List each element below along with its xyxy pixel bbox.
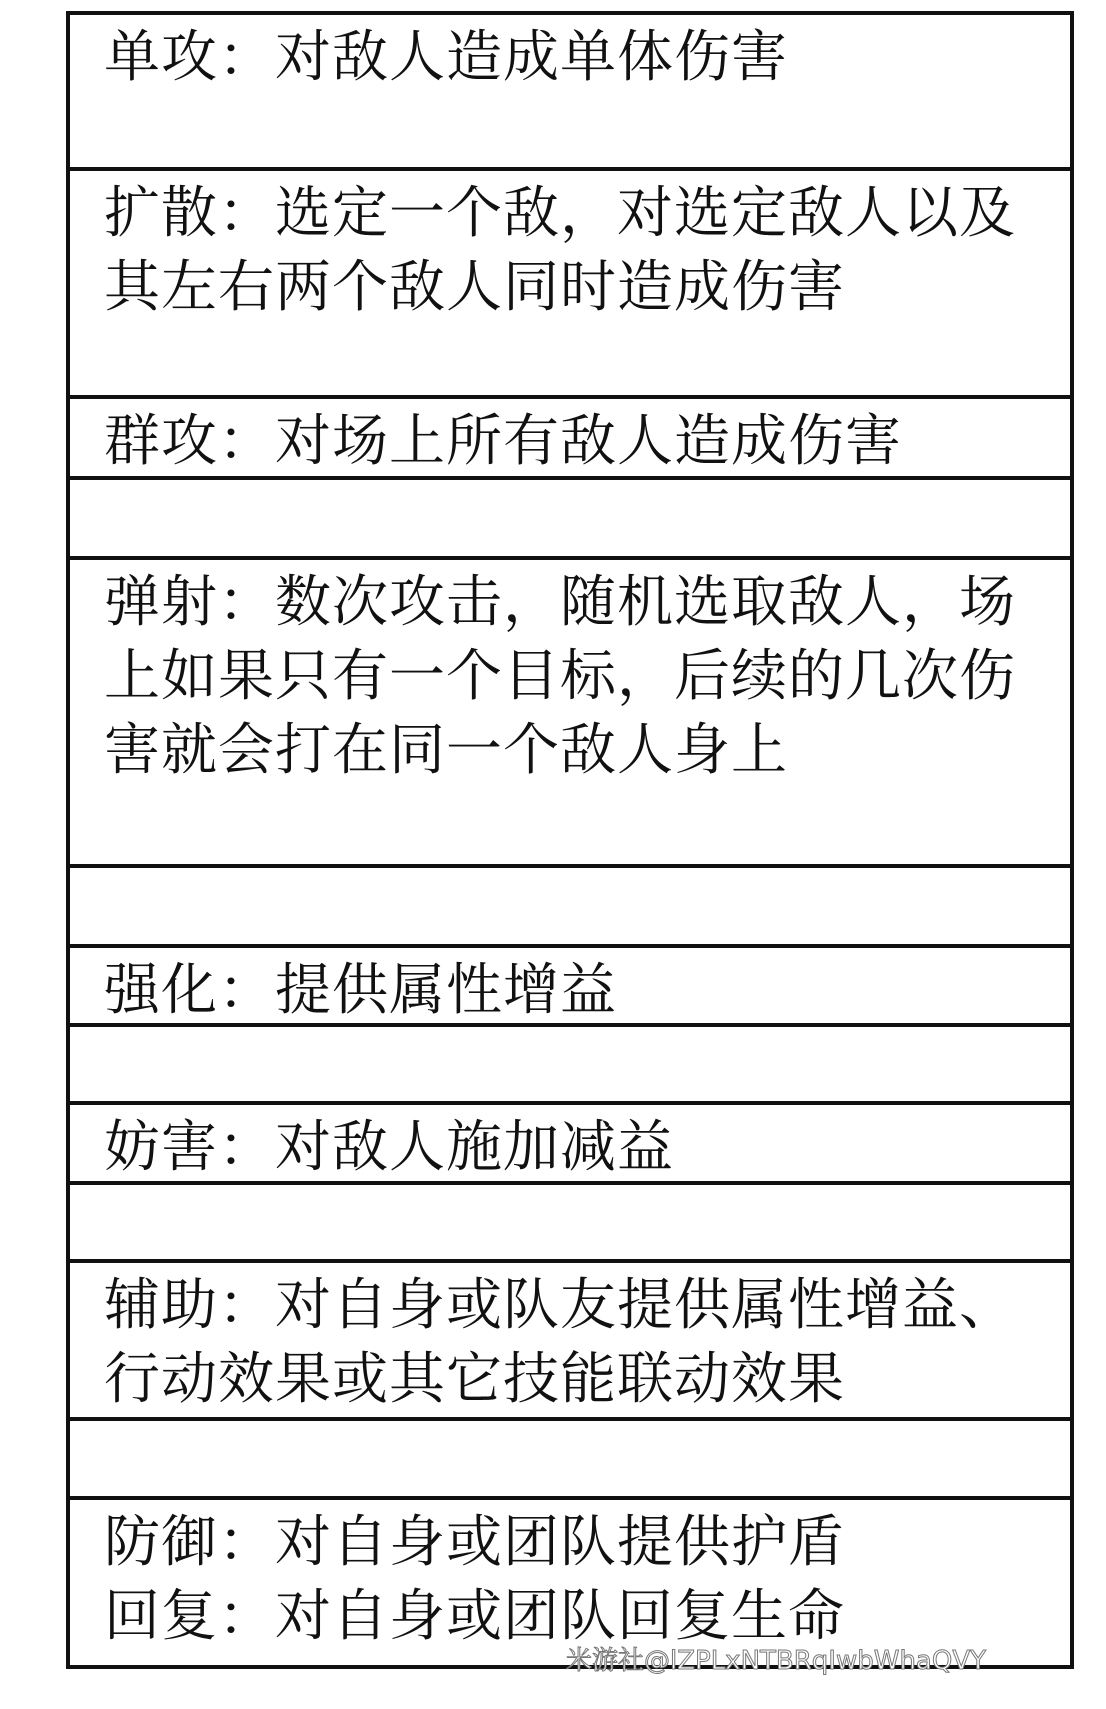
- row-text: 害就会打在同一个敌人身上: [104, 714, 1070, 788]
- watermark: 米游社@lZPLxNTBRqIwbWhaQVY: [566, 1640, 986, 1677]
- row-text: 扩散：选定一个敌，对选定敌人以及: [104, 177, 1070, 251]
- row-bounce-attack: 弹射：数次攻击，随机选取敌人，场 上如果只有一个目标，后续的几次伤 害就会打在同…: [70, 560, 1070, 868]
- row-single-attack: 单攻：对敌人造成单体伤害: [70, 15, 1070, 171]
- row-text: 强化：提供属性增益: [104, 954, 1070, 1028]
- row-empty: [70, 1185, 1070, 1263]
- row-support: 辅助：对自身或队友提供属性增益、 行动效果或其它技能联动效果: [70, 1263, 1070, 1421]
- row-text: 妨害：对敌人施加减益: [104, 1111, 1070, 1185]
- row-empty: [70, 1027, 1070, 1105]
- row-text: 防御：对自身或团队提供护盾: [104, 1506, 1070, 1580]
- row-text: 弹射：数次攻击，随机选取敌人，场: [104, 566, 1070, 640]
- row-debuff: 妨害：对敌人施加减益: [70, 1105, 1070, 1185]
- row-empty: [70, 480, 1070, 560]
- row-text: 上如果只有一个目标，后续的几次伤: [104, 640, 1070, 714]
- row-text: 其左右两个敌人同时造成伤害: [104, 251, 1070, 325]
- row-aoe-attack: 群攻：对场上所有敌人造成伤害: [70, 399, 1070, 480]
- row-text: 群攻：对场上所有敌人造成伤害: [104, 405, 1070, 479]
- row-text: 单攻：对敌人造成单体伤害: [104, 21, 1070, 95]
- skill-type-table: 单攻：对敌人造成单体伤害 扩散：选定一个敌，对选定敌人以及 其左右两个敌人同时造…: [66, 11, 1074, 1669]
- row-enhance: 强化：提供属性增益: [70, 948, 1070, 1027]
- row-empty: [70, 868, 1070, 948]
- row-spread-attack: 扩散：选定一个敌，对选定敌人以及 其左右两个敌人同时造成伤害: [70, 171, 1070, 399]
- row-text: 辅助：对自身或队友提供属性增益、: [104, 1269, 1070, 1343]
- row-text: 行动效果或其它技能联动效果: [104, 1343, 1070, 1417]
- row-empty: [70, 1421, 1070, 1500]
